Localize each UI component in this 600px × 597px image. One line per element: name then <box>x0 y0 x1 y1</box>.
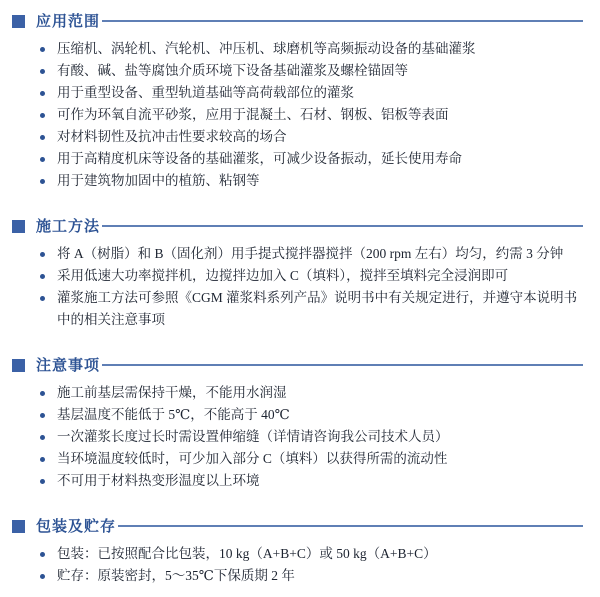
section-header: 施工方法 <box>0 218 600 234</box>
list-item: 当环境温度较低时，可少加入部分 C（填料）以获得所需的流动性 <box>0 448 600 470</box>
section-3: 包装及贮存 包装：已按照配合比包装，10 kg（A+B+C）或 50 kg（A+… <box>0 518 600 587</box>
section-rule-line <box>102 364 583 366</box>
list-item: 基层温度不能低于 5℃，不能高于 40℃ <box>0 404 600 426</box>
section-title: 包装及贮存 <box>36 519 116 534</box>
bullet-text: 将 A（树脂）和 B（固化剂）用手提式搅拌器搅拌（200 rpm 左右）均匀，约… <box>57 246 563 261</box>
bullet-dot-icon <box>40 391 45 396</box>
list-item: 对材料韧性及抗冲击性要求较高的场合 <box>0 126 600 148</box>
list-item: 可作为环氧自流平砂浆，应用于混凝土、石材、钢板、铝板等表面 <box>0 104 600 126</box>
bullet-dot-icon <box>40 274 45 279</box>
bullet-text: 采用低速大功率搅拌机，边搅拌边加入 C（填料），搅拌至填料完全浸润即可 <box>57 268 508 283</box>
bullet-dot-icon <box>40 47 45 52</box>
bullet-text: 灌浆施工方法可参照《CGM 灌浆料系列产品》说明书中有关规定进行，并遵守本说明书… <box>57 290 577 327</box>
list-item: 用于建筑物加固中的植筋、粘钢等 <box>0 170 600 192</box>
list-item: 施工前基层需保持干燥，不能用水润湿 <box>0 382 600 404</box>
bullet-text: 一次灌浆长度过长时需设置伸缩缝（详情请咨询我公司技术人员） <box>57 429 449 444</box>
bullet-dot-icon <box>40 413 45 418</box>
bullet-dot-icon <box>40 113 45 118</box>
bullet-dot-icon <box>40 91 45 96</box>
section-header: 注意事项 <box>0 357 600 373</box>
section-0: 应用范围 压缩机、涡轮机、汽轮机、冲压机、球磨机等高频振动设备的基础灌浆 有酸、… <box>0 13 600 192</box>
bullet-dot-icon <box>40 179 45 184</box>
bullet-text: 用于重型设备、重型轨道基础等高荷载部位的灌浆 <box>57 85 354 100</box>
bullet-text: 用于建筑物加固中的植筋、粘钢等 <box>57 173 260 188</box>
bullet-dot-icon <box>40 157 45 162</box>
bullet-list: 施工前基层需保持干燥，不能用水润湿 基层温度不能低于 5℃，不能高于 40℃ 一… <box>0 382 600 492</box>
section-rule-line <box>118 525 583 527</box>
bullet-dot-icon <box>40 479 45 484</box>
sections-container: 应用范围 压缩机、涡轮机、汽轮机、冲压机、球磨机等高频振动设备的基础灌浆 有酸、… <box>0 13 600 587</box>
datasheet-document: 应用范围 压缩机、涡轮机、汽轮机、冲压机、球磨机等高频振动设备的基础灌浆 有酸、… <box>0 0 600 587</box>
list-item: 用于重型设备、重型轨道基础等高荷载部位的灌浆 <box>0 82 600 104</box>
list-item: 有酸、碱、盐等腐蚀介质环境下设备基础灌浆及螺栓锚固等 <box>0 60 600 82</box>
bullet-text: 施工前基层需保持干燥，不能用水润湿 <box>57 385 287 400</box>
section-marker-icon <box>12 359 25 372</box>
section-header: 包装及贮存 <box>0 518 600 534</box>
list-item: 采用低速大功率搅拌机，边搅拌边加入 C（填料），搅拌至填料完全浸润即可 <box>0 265 600 287</box>
bullet-text: 压缩机、涡轮机、汽轮机、冲压机、球磨机等高频振动设备的基础灌浆 <box>57 41 476 56</box>
bullet-dot-icon <box>40 574 45 579</box>
section-2: 注意事项 施工前基层需保持干燥，不能用水润湿 基层温度不能低于 5℃，不能高于 … <box>0 357 600 492</box>
section-marker-icon <box>12 15 25 28</box>
list-item: 不可用于材料热变形温度以上环境 <box>0 470 600 492</box>
section-1: 施工方法 将 A（树脂）和 B（固化剂）用手提式搅拌器搅拌（200 rpm 左右… <box>0 218 600 331</box>
bullet-dot-icon <box>40 552 45 557</box>
bullet-dot-icon <box>40 457 45 462</box>
bullet-list: 包装：已按照配合比包装，10 kg（A+B+C）或 50 kg（A+B+C） 贮… <box>0 543 600 587</box>
bullet-dot-icon <box>40 135 45 140</box>
bullet-text: 包装：已按照配合比包装，10 kg（A+B+C）或 50 kg（A+B+C） <box>57 546 437 561</box>
list-item: 包装：已按照配合比包装，10 kg（A+B+C）或 50 kg（A+B+C） <box>0 543 600 565</box>
section-marker-icon <box>12 520 25 533</box>
bullet-list: 将 A（树脂）和 B（固化剂）用手提式搅拌器搅拌（200 rpm 左右）均匀，约… <box>0 243 600 331</box>
bullet-text: 基层温度不能低于 5℃，不能高于 40℃ <box>57 407 290 422</box>
bullet-dot-icon <box>40 435 45 440</box>
section-title: 施工方法 <box>36 219 100 234</box>
bullet-text: 有酸、碱、盐等腐蚀介质环境下设备基础灌浆及螺栓锚固等 <box>57 63 408 78</box>
section-marker-icon <box>12 220 25 233</box>
bullet-text: 对材料韧性及抗冲击性要求较高的场合 <box>57 129 287 144</box>
list-item: 压缩机、涡轮机、汽轮机、冲压机、球磨机等高频振动设备的基础灌浆 <box>0 38 600 60</box>
list-item: 灌浆施工方法可参照《CGM 灌浆料系列产品》说明书中有关规定进行，并遵守本说明书… <box>0 287 600 331</box>
section-header: 应用范围 <box>0 13 600 29</box>
bullet-dot-icon <box>40 296 45 301</box>
list-item: 将 A（树脂）和 B（固化剂）用手提式搅拌器搅拌（200 rpm 左右）均匀，约… <box>0 243 600 265</box>
bullet-text: 贮存：原装密封，5～35℃下保质期 2 年 <box>57 568 295 583</box>
section-title: 注意事项 <box>36 358 100 373</box>
bullet-text: 当环境温度较低时，可少加入部分 C（填料）以获得所需的流动性 <box>57 451 447 466</box>
section-title: 应用范围 <box>36 14 100 29</box>
bullet-text: 不可用于材料热变形温度以上环境 <box>57 473 260 488</box>
section-rule-line <box>102 20 583 22</box>
list-item: 一次灌浆长度过长时需设置伸缩缝（详情请咨询我公司技术人员） <box>0 426 600 448</box>
section-rule-line <box>102 225 583 227</box>
bullet-text: 用于高精度机床等设备的基础灌浆，可减少设备振动，延长使用寿命 <box>57 151 462 166</box>
list-item: 贮存：原装密封，5～35℃下保质期 2 年 <box>0 565 600 587</box>
bullet-dot-icon <box>40 69 45 74</box>
list-item: 用于高精度机床等设备的基础灌浆，可减少设备振动，延长使用寿命 <box>0 148 600 170</box>
bullet-text: 可作为环氧自流平砂浆，应用于混凝土、石材、钢板、铝板等表面 <box>57 107 449 122</box>
bullet-dot-icon <box>40 252 45 257</box>
bullet-list: 压缩机、涡轮机、汽轮机、冲压机、球磨机等高频振动设备的基础灌浆 有酸、碱、盐等腐… <box>0 38 600 192</box>
